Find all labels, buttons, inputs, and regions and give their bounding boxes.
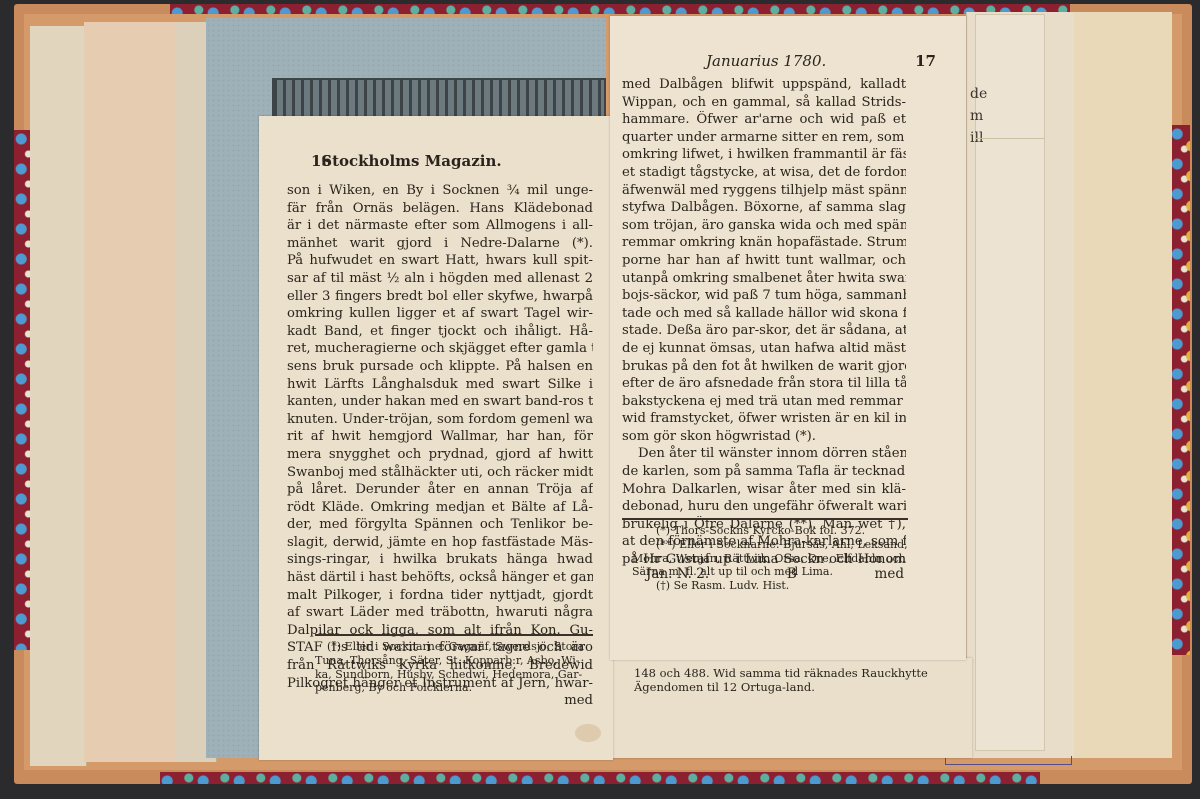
page-stack-right-inner: de m ill	[975, 14, 1045, 751]
text-line: knuten. Under-tröjan, som fordom gemenl …	[287, 411, 593, 429]
text-line: 148 och 488. Wid samma tid räknades Rauc…	[634, 666, 928, 680]
page-number: 17	[915, 52, 936, 70]
text-line: der, med förgylta Spännen och Tenlikor b…	[287, 516, 593, 534]
text-line: bojs-säckor, wid paß 7 tum höga, sammanh…	[622, 287, 906, 305]
text-line: utanpå omkring smalbenet åter hwita swan…	[622, 270, 906, 288]
underlying-page-text: 148 och 488. Wid samma tid räknades Rauc…	[634, 666, 928, 694]
text-line: med Dalbågen blifwit uppspänd, kalladt	[622, 76, 906, 94]
edge-peek-text: de m ill	[970, 83, 987, 149]
running-head-left: 16 Stockholms Magazin.	[311, 152, 551, 170]
text-line: omkring lifwet, i hwilken frammantil är …	[622, 146, 906, 164]
edge-peek-line: m	[970, 105, 987, 127]
text-line: som tröjan, äro ganska wida och med spän…	[622, 217, 906, 235]
text-line: sar af til mäst ½ aln i högden med allen…	[287, 270, 593, 288]
text-line: de karlen, som på samma Tafla är tecknad…	[622, 463, 906, 481]
marbled-paper-bottom	[160, 772, 1040, 784]
text-line: tade och med så kallade hällor wid skona…	[622, 305, 906, 323]
text-line: debonad, huru den ungefähr öfweralt wari…	[622, 498, 906, 516]
footnote-line: (*) Thors-Sockns Kyrcko-Bok fol. 372.	[632, 524, 912, 538]
text-line: ret, mucheragierne och skjägget efter ga…	[287, 340, 593, 358]
endpaper-right	[1074, 12, 1172, 758]
text-line: på låret. Derunder åter en annan Tröja a…	[287, 481, 593, 499]
footnote-line: penberg, By och Folckierna.	[315, 681, 595, 695]
text-line: af swart Läder med träbottn, hwaruti någ…	[287, 604, 593, 622]
text-line: malt Pilkoger, i fordna tider nyttjadt, …	[287, 587, 593, 605]
edge-peek-line: de	[970, 83, 987, 105]
text-line: omkring kullen ligger et af swart Tagel …	[287, 305, 593, 323]
text-line: mänhet warit gjord i Nedre-Dalarne (*).	[287, 235, 593, 253]
text-line: de ej kunnat ömsas, utan hafwa altid mäs…	[622, 340, 906, 358]
text-line: stade. Deßa äro par-skor, det är sådana,…	[622, 322, 906, 340]
text-line: kanten, under hakan med en swart band-ro…	[287, 393, 593, 411]
text-line: kadt Band, et finger tjockt och ihåligt.…	[287, 323, 593, 341]
text-line: Mohra Dalkarlen, wisar åter med sin klä-	[622, 481, 906, 499]
text-line: som gör skon högwristad (*).	[622, 428, 906, 446]
page-stack-left-middle	[84, 22, 185, 762]
footnote-line: Särna m. fl. alt up til och med Lima.	[632, 565, 912, 579]
footnote-rule	[315, 634, 593, 636]
marbled-paper-right	[1170, 125, 1190, 655]
text-line: hammare. Öfwer ar'arne och wid paß et	[622, 111, 906, 129]
text-line: brukas på den fot åt hwilken de warit gj…	[622, 358, 906, 376]
text-line: är i det närmaste efter som Allmogens i …	[287, 217, 593, 235]
text-line: På hufwudet en swart Hatt, hwars kull sp…	[287, 252, 593, 270]
footnote-line: (*) Eller i Socknarne: Gagnäf, Swerdsjö,…	[315, 640, 595, 654]
footnote-line: Tuna, Thorsång, Säter, St. Kopparb:r, As…	[315, 654, 595, 668]
ornamental-border	[272, 78, 606, 118]
footnotes-right: (*) Thors-Sockns Kyrcko-Bok fol. 372. (*…	[632, 524, 912, 593]
text-line: quarter under armarne sitter en rem, som…	[622, 129, 906, 147]
text-line: Den åter til wänster innom dörren ståend…	[622, 445, 906, 463]
body-text-right: med Dalbågen blifwit uppspänd, kalladt W…	[622, 76, 906, 569]
text-line: efter de äro afsnedade från stora til li…	[622, 375, 906, 393]
text-line: wid framstycket, öfwer wristen är en kil…	[622, 410, 906, 428]
text-line: Ägendomen til 12 Ortuga-land.	[634, 680, 928, 694]
page-left: 16 Stockholms Magazin. son i Wiken, en B…	[259, 116, 613, 760]
text-line: häst därtil i hast behöfts, också hänger…	[287, 569, 593, 587]
text-line: äfwenwäl med ryggens tilhjelp mäst spänn…	[622, 182, 906, 200]
text-line: hwit Lärfts Långhalsduk med swart Silke …	[287, 376, 593, 394]
running-title: Stockholms Magazin.	[321, 152, 501, 170]
underlying-page: 148 och 488. Wid samma tid räknades Rauc…	[612, 658, 972, 758]
footnote-line: (†) Se Rasm. Ludv. Hist.	[632, 579, 912, 593]
page-stack-left-outer	[30, 26, 87, 766]
footnotes-left: (*) Eller i Socknarne: Gagnäf, Swerdsjö,…	[315, 640, 595, 695]
page-right: Januarius 1780. 17 med Dalbågen blifwit …	[610, 16, 966, 660]
running-title: Januarius 1780.	[706, 52, 826, 70]
footnote-line: (**) Eller i Socknarne: Bjursås, Ähl, Le…	[632, 538, 912, 552]
text-line: Dalpilar ock ligga, som alt ifrån Kon. G…	[287, 622, 593, 640]
text-line: sings-ringar, i hwilka brukats hänga hwa…	[287, 551, 593, 569]
text-line: rödt Kläde. Omkring medjan et Bälte af L…	[287, 499, 593, 517]
running-head-right: Januarius 1780. 17	[706, 52, 936, 70]
text-line: rit af hwit hemgjord Wallmar, har han, f…	[287, 428, 593, 446]
paper-stain	[575, 724, 601, 742]
footnote-rule	[622, 518, 908, 520]
text-line: bakstyckena ej med trä utan med remmar f…	[622, 393, 906, 411]
text-line: sens bruk pursade och klippte. På halsen…	[287, 358, 593, 376]
text-line: Wippan, och en gammal, så kallad Strids-	[622, 94, 906, 112]
text-line: Swanboj med stålhäckter uti, och räcker …	[287, 464, 593, 482]
text-line: styfwa Dalbågen. Böxorne, af samma slag	[622, 199, 906, 217]
text-line: et stadigt tågstycke, at wisa, det de fo…	[622, 164, 906, 182]
footnote-line: Mohra, Wenjan, Rättwik, Orsa, Ore, Elfda…	[632, 552, 912, 566]
text-line: remmar omkring knän hopafästade. Strum-	[622, 234, 906, 252]
body-text-left: son i Wiken, en By i Socknen ¾ mil unge-…	[287, 182, 593, 710]
text-line: mera snygghet och prydnad, gjord af hwit…	[287, 446, 593, 464]
text-line: fär från Ornäs belägen. Hans Klädebonad	[287, 200, 593, 218]
footnote-line: ka, Sundborn, Husby, Schedwi, Hedemora, …	[315, 668, 595, 682]
edge-fold-line	[976, 138, 1044, 139]
text-line: son i Wiken, en By i Socknen ¾ mil unge-	[287, 182, 593, 200]
text-line: slagit, derwid, jämte en hop fastfästade…	[287, 534, 593, 552]
text-line: eller 3 fingers bredt bol eller skyfwe, …	[287, 288, 593, 306]
text-line: porne har han af hwitt tunt wallmar, och	[622, 252, 906, 270]
